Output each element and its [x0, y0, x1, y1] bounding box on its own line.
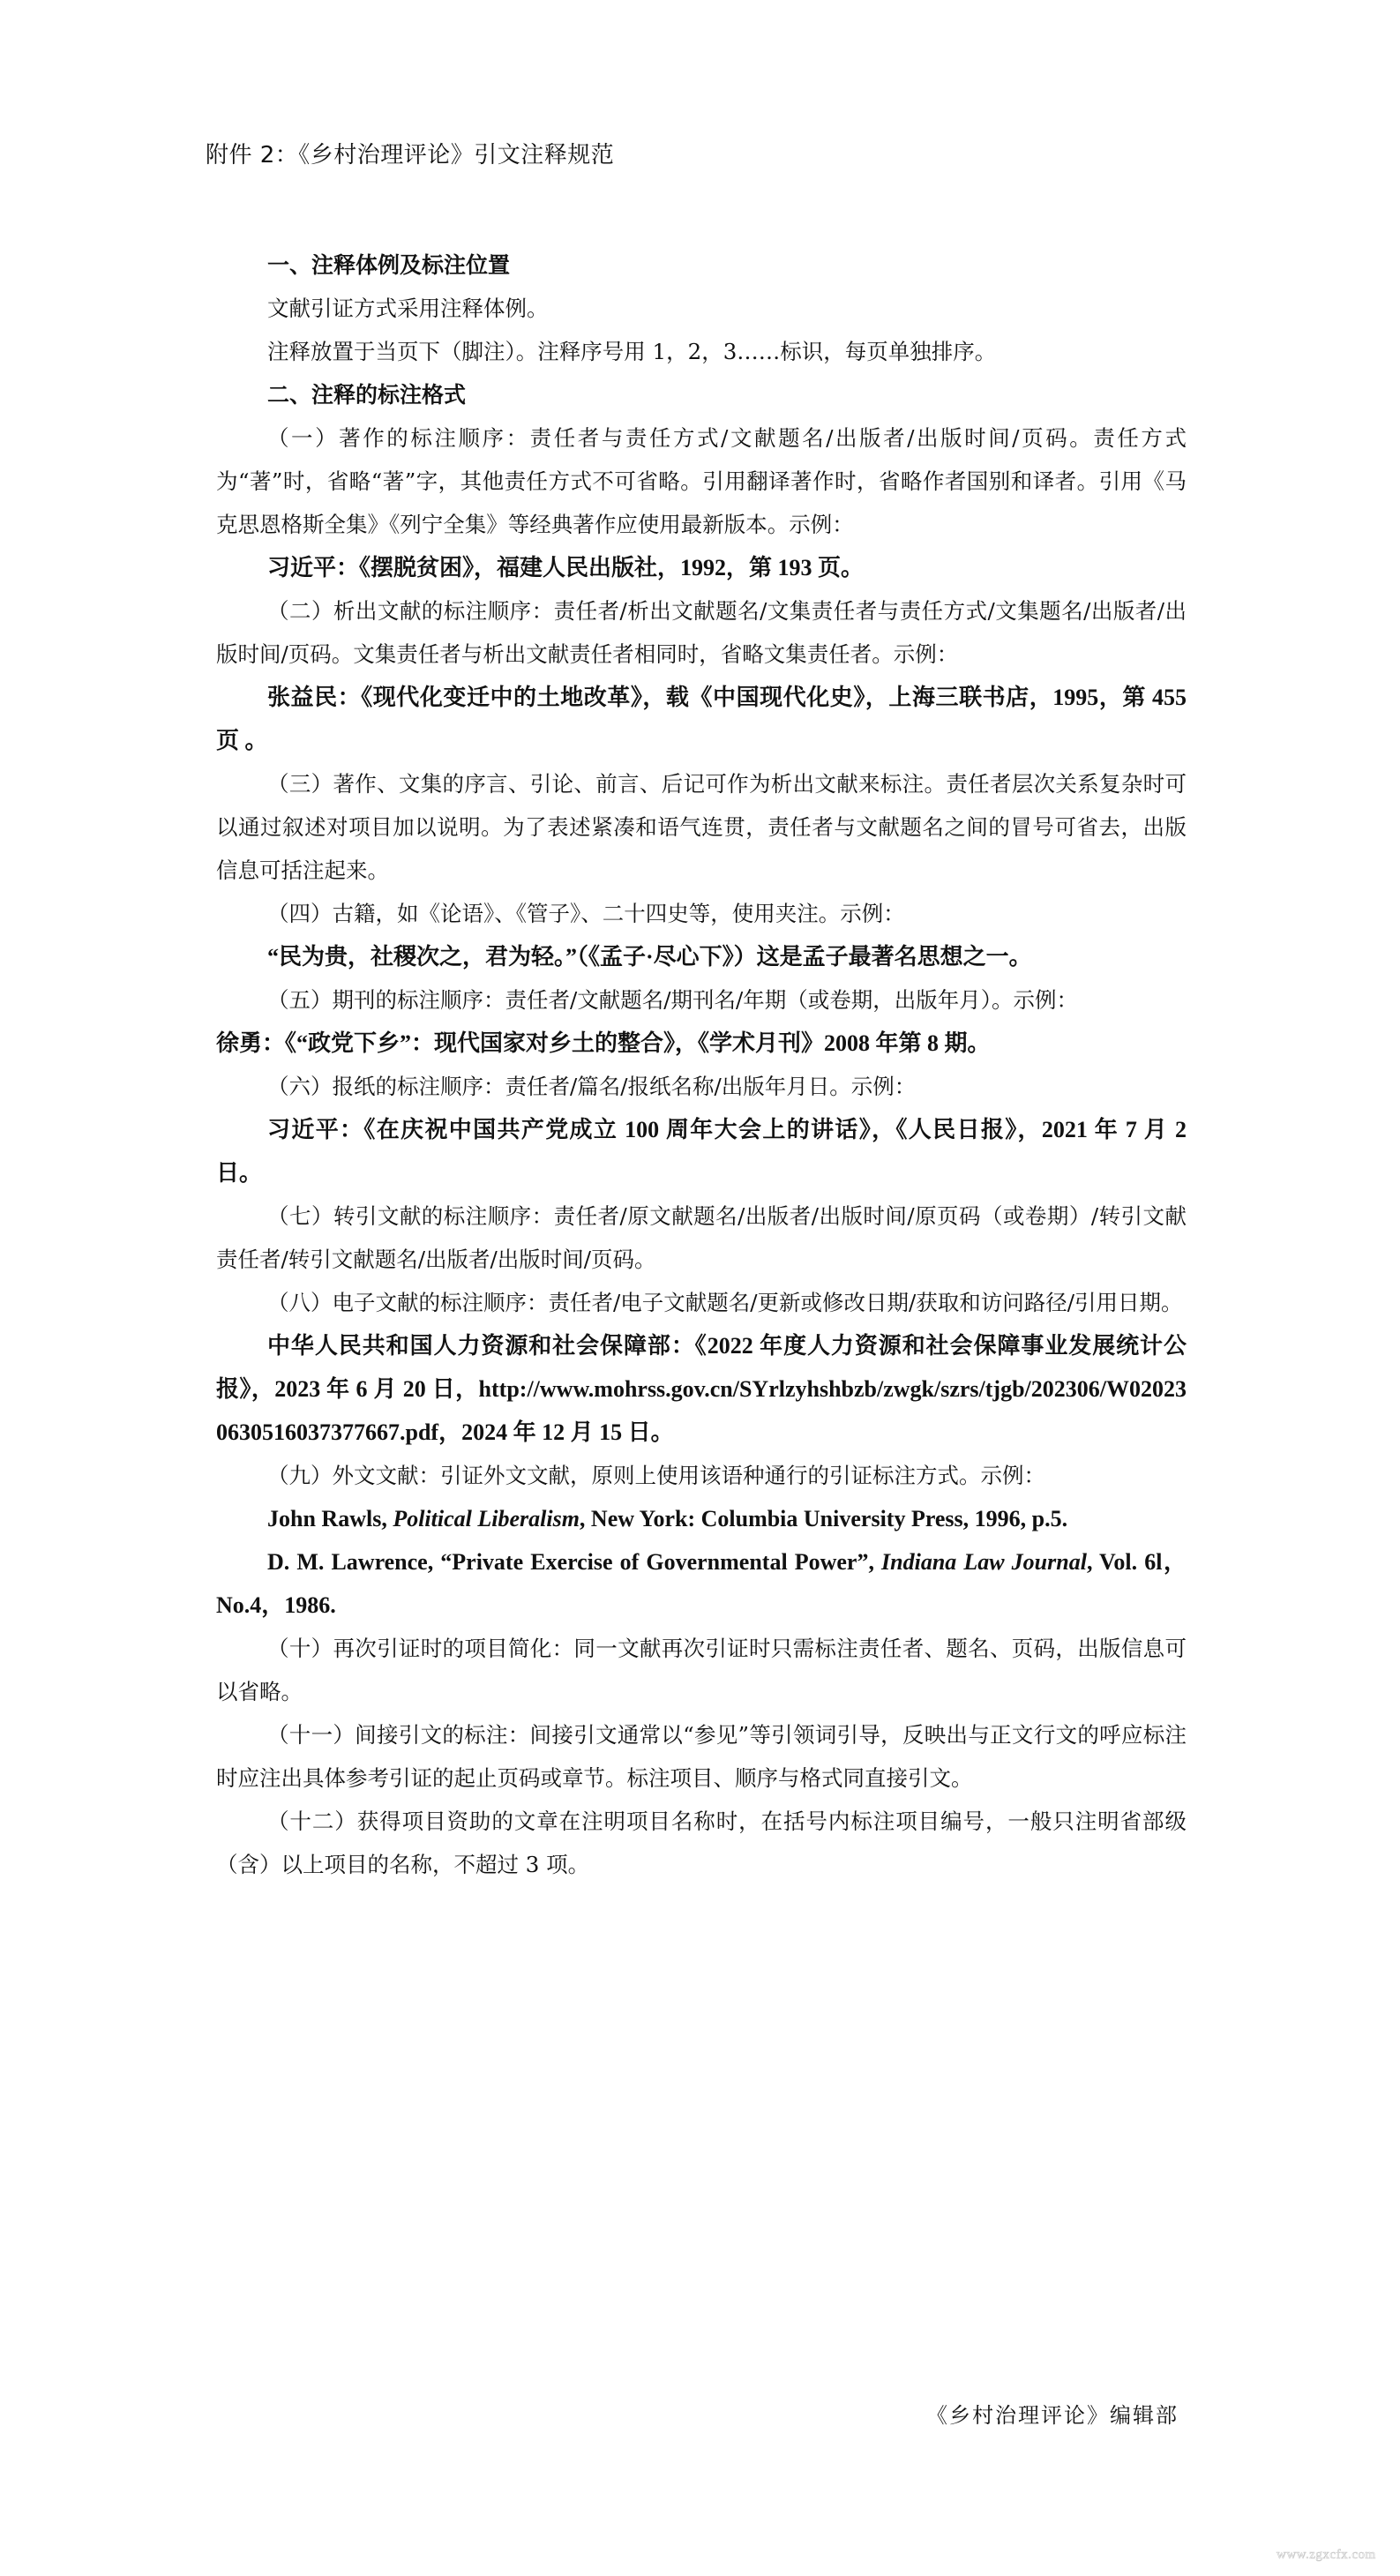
example-citation: 习近平：《摆脱贫困》，福建人民出版社，1992，第 193 页。	[216, 546, 1187, 589]
rule-ancient-books: （四）古籍，如《论语》、《管子》、二十四史等，使用夹注。示例：	[216, 892, 1187, 935]
document-title: 附件 2：《乡村治理评论》引文注释规范	[206, 137, 614, 169]
example-citation: 张益民：《现代化变迁中的土地改革》，载《中国现代化史》，上海三联书店，1995，…	[216, 676, 1187, 762]
paragraph: 注释放置于当页下（脚注）。注释序号用 1，2，3……标识，每页单独排序。	[216, 330, 1187, 373]
document-page: 附件 2：《乡村治理评论》引文注释规范 一、注释体例及标注位置 文献引证方式采用…	[0, 0, 1400, 2576]
citation-title: Political Liberalism	[393, 1506, 580, 1531]
example-citation: “民为贵，社稷次之，君为轻。”（《孟子·尽心下》）这是孟子最著名思想之一。	[216, 935, 1187, 978]
example-citation: 习近平：《在庆祝中国共产党成立 100 周年大会上的讲话》，《人民日报》，202…	[216, 1108, 1187, 1194]
document-body: 一、注释体例及标注位置 文献引证方式采用注释体例。 注释放置于当页下（脚注）。注…	[216, 243, 1187, 1886]
section-heading-2: 二、注释的标注格式	[216, 373, 1187, 416]
example-citation-foreign: John Rawls, Political Liberalism, New Yo…	[216, 1497, 1187, 1540]
rule-works: （一）著作的标注顺序：责任者与责任方式/文献题名/出版者/出版时间/页码。责任方…	[216, 416, 1187, 546]
rule-electronic: （八）电子文献的标注顺序：责任者/电子文献题名/更新或修改日期/获取和访问路径/…	[216, 1281, 1187, 1324]
rule-repeat-citation: （十）再次引证时的项目简化：同一文献再次引证时只需标注责任者、题名、页码，出版信…	[216, 1627, 1187, 1713]
example-citation-foreign: D. M. Lawrence, “Private Exercise of Gov…	[216, 1540, 1187, 1627]
example-citation: 中华人民共和国人力资源和社会保障部：《2022 年度人力资源和社会保障事业发展统…	[216, 1324, 1187, 1454]
rule-journals: （五）期刊的标注顺序：责任者/文献题名/期刊名/年期（或卷期，出版年月）。示例：	[216, 978, 1187, 1022]
citation-author: John Rawls,	[267, 1506, 393, 1531]
watermark: www.zgxcfx.com	[1276, 2548, 1376, 2563]
paragraph: 文献引证方式采用注释体例。	[216, 287, 1187, 330]
rule-extracted-literature: （二）析出文献的标注顺序：责任者/析出文献题名/文集责任者与责任方式/文集题名/…	[216, 589, 1187, 676]
citation-author: D. M. Lawrence, “Private Exercise of Gov…	[267, 1549, 881, 1575]
example-citation: 徐勇：《“政党下乡”：现代国家对乡土的整合》，《学术月刊》2008 年第 8 期…	[216, 1022, 1187, 1065]
citation-rest: , New York: Columbia University Press, 1…	[580, 1506, 1067, 1531]
rule-foreign: （九）外文文献：引证外文文献，原则上使用该语种通行的引证标注方式。示例：	[216, 1454, 1187, 1497]
rule-funded-projects: （十二）获得项目资助的文章在注明项目名称时，在括号内标注项目编号，一般只注明省部…	[216, 1800, 1187, 1886]
rule-secondary-citation: （七）转引文献的标注顺序：责任者/原文献题名/出版者/出版时间/原页码（或卷期）…	[216, 1194, 1187, 1281]
citation-title: Indiana Law Journal	[881, 1549, 1087, 1575]
rule-indirect-citation: （十一）间接引文的标注：间接引文通常以“参见”等引领词引导，反映出与正文行文的呼…	[216, 1713, 1187, 1800]
rule-newspapers: （六）报纸的标注顺序：责任者/篇名/报纸名称/出版年月日。示例：	[216, 1065, 1187, 1108]
section-heading-1: 一、注释体例及标注位置	[216, 243, 1187, 287]
rule-prefaces: （三）著作、文集的序言、引论、前言、后记可作为析出文献来标注。责任者层次关系复杂…	[216, 762, 1187, 892]
editorial-signature: 《乡村治理评论》编辑部	[926, 2398, 1179, 2429]
